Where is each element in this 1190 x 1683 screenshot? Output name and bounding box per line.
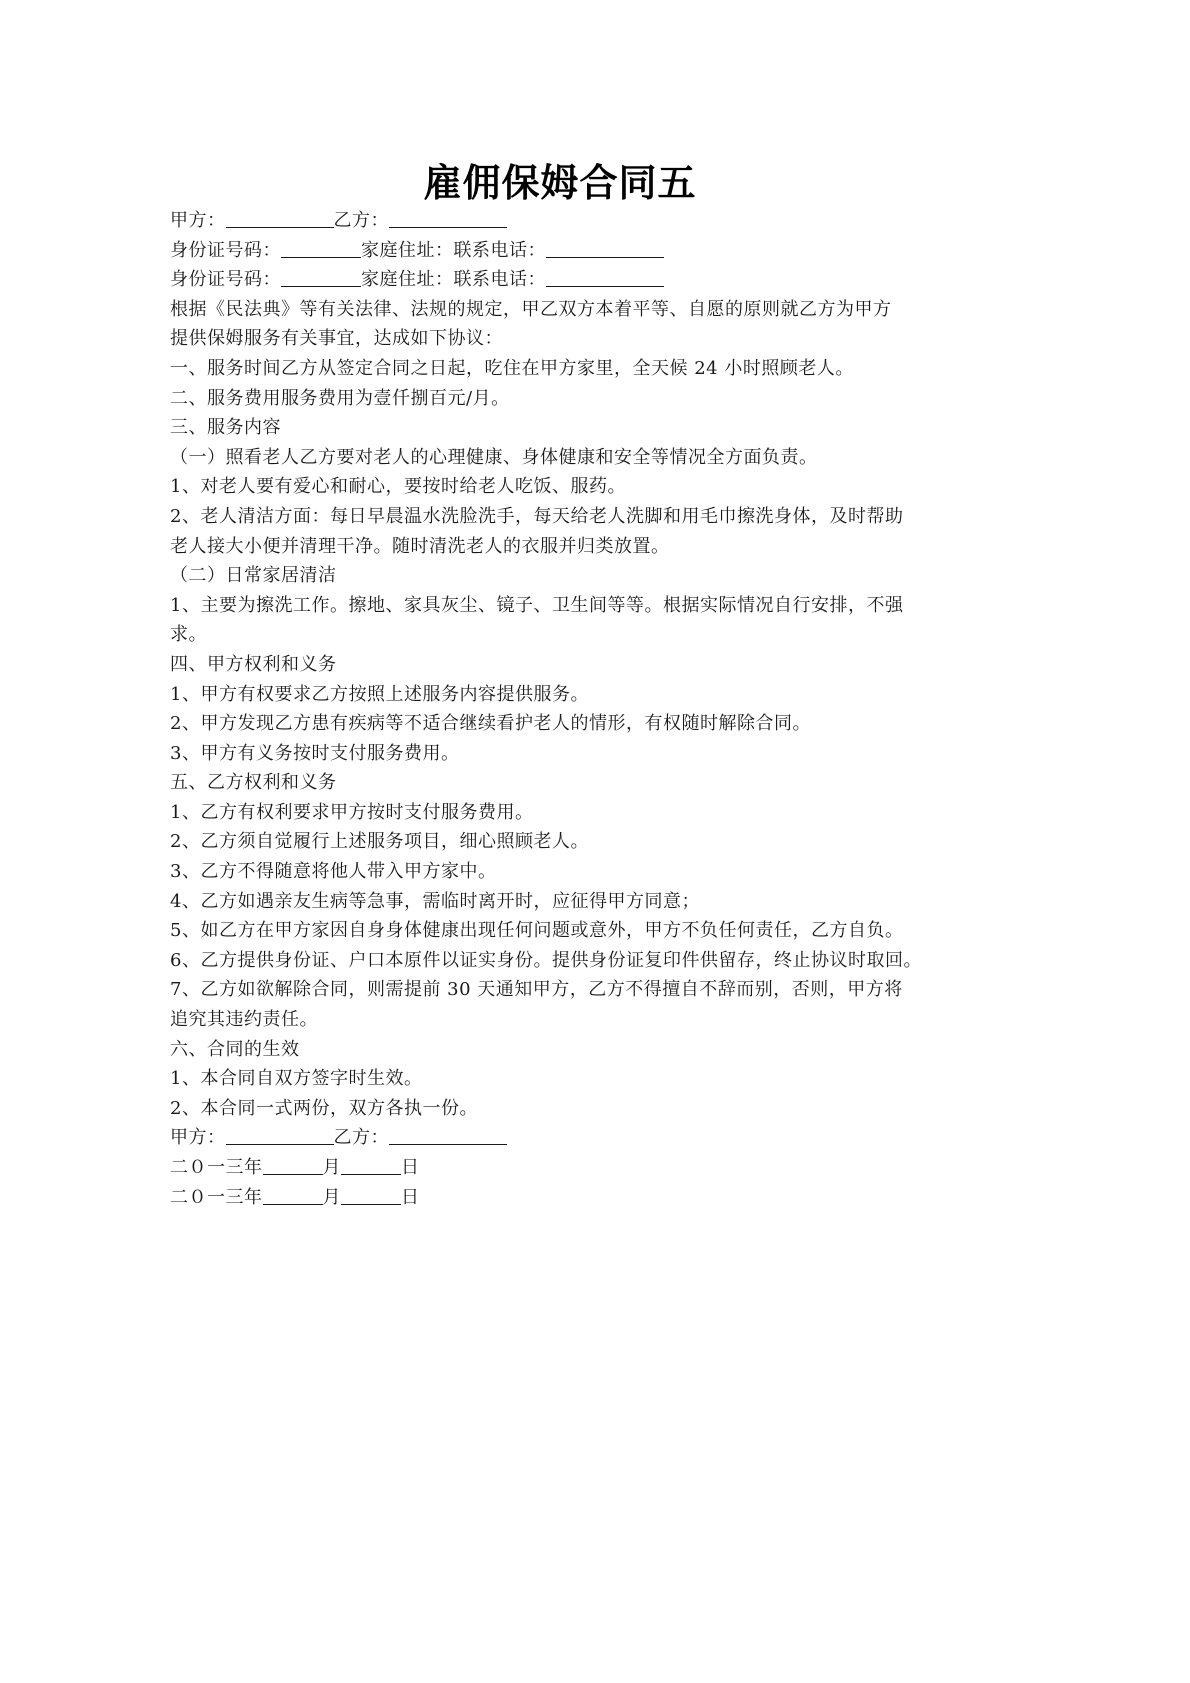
day-blank [341,1156,401,1175]
id-label: 身份证号码： [170,269,281,290]
party-line: 甲方：乙方： [170,206,1030,236]
clause-item: 4、乙方如遇亲友生病等急事，需临时离开时，应征得甲方同意； [170,887,1030,917]
clause-item: 2、老人清洁方面：每日早晨温水洗脸洗手，每天给老人洗脚和用毛巾擦洗身体，及时帮助 [170,502,1030,532]
address-label: 家庭住址： [361,240,454,261]
signature-party-b-blank [389,1126,507,1145]
clause-item: 1、对老人要有爱心和耐心，要按时给老人吃饭、服药。 [170,472,1030,502]
date-line: 二０一三年月日 [170,1183,1030,1213]
clause-item: 2、乙方须自觉履行上述服务项目，细心照顾老人。 [170,827,1030,857]
id-blank [281,239,361,258]
signature-party-a-blank [226,1126,334,1145]
contract-body: 甲方：乙方： 身份证号码：家庭住址：联系电话： 身份证号码：家庭住址：联系电话：… [170,206,1030,1212]
section-heading: 三、服务内容 [170,413,1030,443]
month-blank [263,1186,323,1205]
date-month: 月 [323,1187,342,1208]
id-label: 身份证号码： [170,240,281,261]
date-year: 二０一三年 [170,1157,263,1178]
party-b-blank [389,209,507,228]
date-day: 日 [401,1157,420,1178]
clause-item: 1、本合同自双方签字时生效。 [170,1064,1030,1094]
clause-item: 求。 [170,620,1030,650]
party-a-label: 甲方： [170,210,226,231]
preamble-line: 提供保姆服务有关事宜，达成如下协议： [170,324,1030,354]
document-title: 雇佣保姆合同五 [170,160,950,206]
subsection-heading: （一）照看老人乙方要对老人的心理健康、身体健康和安全等情况全方面负责。 [170,443,1030,473]
clause-item: 5、如乙方在甲方家因自身身体健康出现任何问题或意外，甲方不负任何责任，乙方自负。 [170,916,1030,946]
party-b-info-line: 身份证号码：家庭住址：联系电话： [170,265,1030,295]
phone-blank [546,239,664,258]
clause-item: 老人接大小便并清理干净。随时清洗老人的衣服并归类放置。 [170,532,1030,562]
signature-party-b-label: 乙方： [334,1127,390,1148]
phone-label: 联系电话： [454,269,547,290]
clause-item: 7、乙方如欲解除合同，则需提前 30 天通知甲方，乙方不得擅自不辞而别，否则，甲… [170,975,1030,1005]
date-year: 二０一三年 [170,1187,263,1208]
signature-line: 甲方：乙方： [170,1123,1030,1153]
clause-item: 2、本合同一式两份，双方各执一份。 [170,1094,1030,1124]
clause-service-fee: 二、服务费用服务费用为壹仟捌百元/月。 [170,384,1030,414]
clause-item: 3、乙方不得随意将他人带入甲方家中。 [170,857,1030,887]
clause-item: 1、乙方有权利要求甲方按时支付服务费用。 [170,798,1030,828]
day-blank [341,1186,401,1205]
section-heading: 六、合同的生效 [170,1035,1030,1065]
preamble-line: 根据《民法典》等有关法律、法规的规定，甲乙双方本着平等、自愿的原则就乙方为甲方 [170,295,1030,325]
section-heading: 四、甲方权利和义务 [170,650,1030,680]
clause-item: 3、甲方有义务按时支付服务费用。 [170,739,1030,769]
clause-item: 1、主要为擦洗工作。擦地、家具灰尘、镜子、卫生间等等。根据实际情况自行安排，不强 [170,591,1030,621]
party-b-label: 乙方： [334,210,390,231]
phone-blank [546,268,664,287]
phone-label: 联系电话： [454,240,547,261]
clause-service-time: 一、服务时间乙方从签定合同之日起，吃住在甲方家里，全天候 24 小时照顾老人。 [170,354,1030,384]
date-day: 日 [401,1187,420,1208]
subsection-heading: （二）日常家居清洁 [170,561,1030,591]
date-line: 二０一三年月日 [170,1153,1030,1183]
month-blank [263,1156,323,1175]
address-label: 家庭住址： [361,269,454,290]
id-blank [281,268,361,287]
clause-item: 追究其违约责任。 [170,1005,1030,1035]
section-heading: 五、乙方权利和义务 [170,768,1030,798]
clause-item: 2、甲方发现乙方患有疾病等不适合继续看护老人的情形，有权随时解除合同。 [170,709,1030,739]
signature-party-a-label: 甲方： [170,1127,226,1148]
party-a-blank [226,209,334,228]
clause-item: 6、乙方提供身份证、户口本原件以证实身份。提供身份证复印件供留存，终止协议时取回… [170,946,1030,976]
date-month: 月 [323,1157,342,1178]
clause-item: 1、甲方有权要求乙方按照上述服务内容提供服务。 [170,680,1030,710]
party-a-info-line: 身份证号码：家庭住址：联系电话： [170,236,1030,266]
